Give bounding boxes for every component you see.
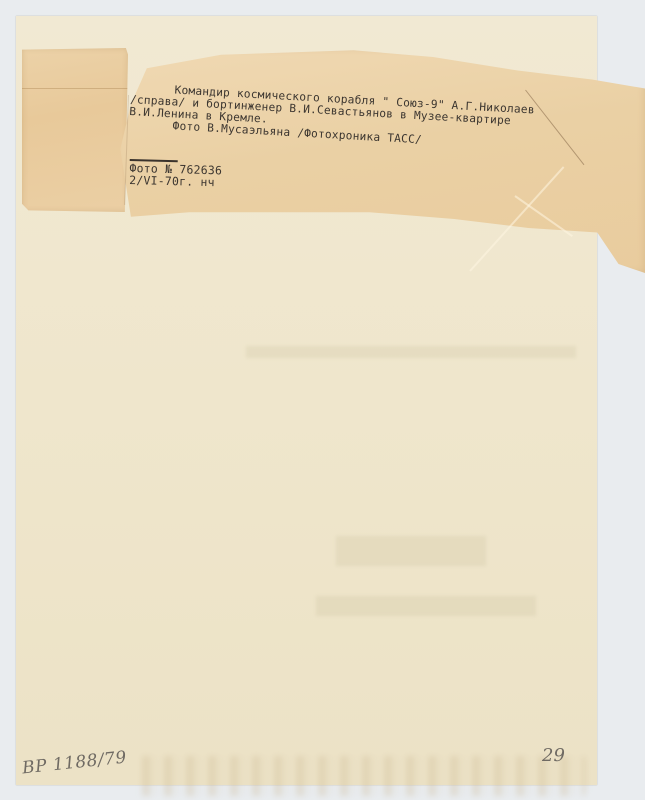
tape-fold-line (22, 88, 128, 89)
ghost-print-stain (316, 596, 536, 616)
handwritten-page-number: 29 (542, 745, 565, 766)
tape-strip-left (22, 48, 128, 212)
ghost-print-stain (336, 536, 486, 566)
date-code: 2/VI-70г. нч (129, 174, 222, 188)
bottom-water-stain (136, 756, 586, 796)
photo-id-block: Фото № 762636 2/VI-70г. нч (129, 150, 223, 188)
ghost-print-stain (246, 346, 576, 358)
